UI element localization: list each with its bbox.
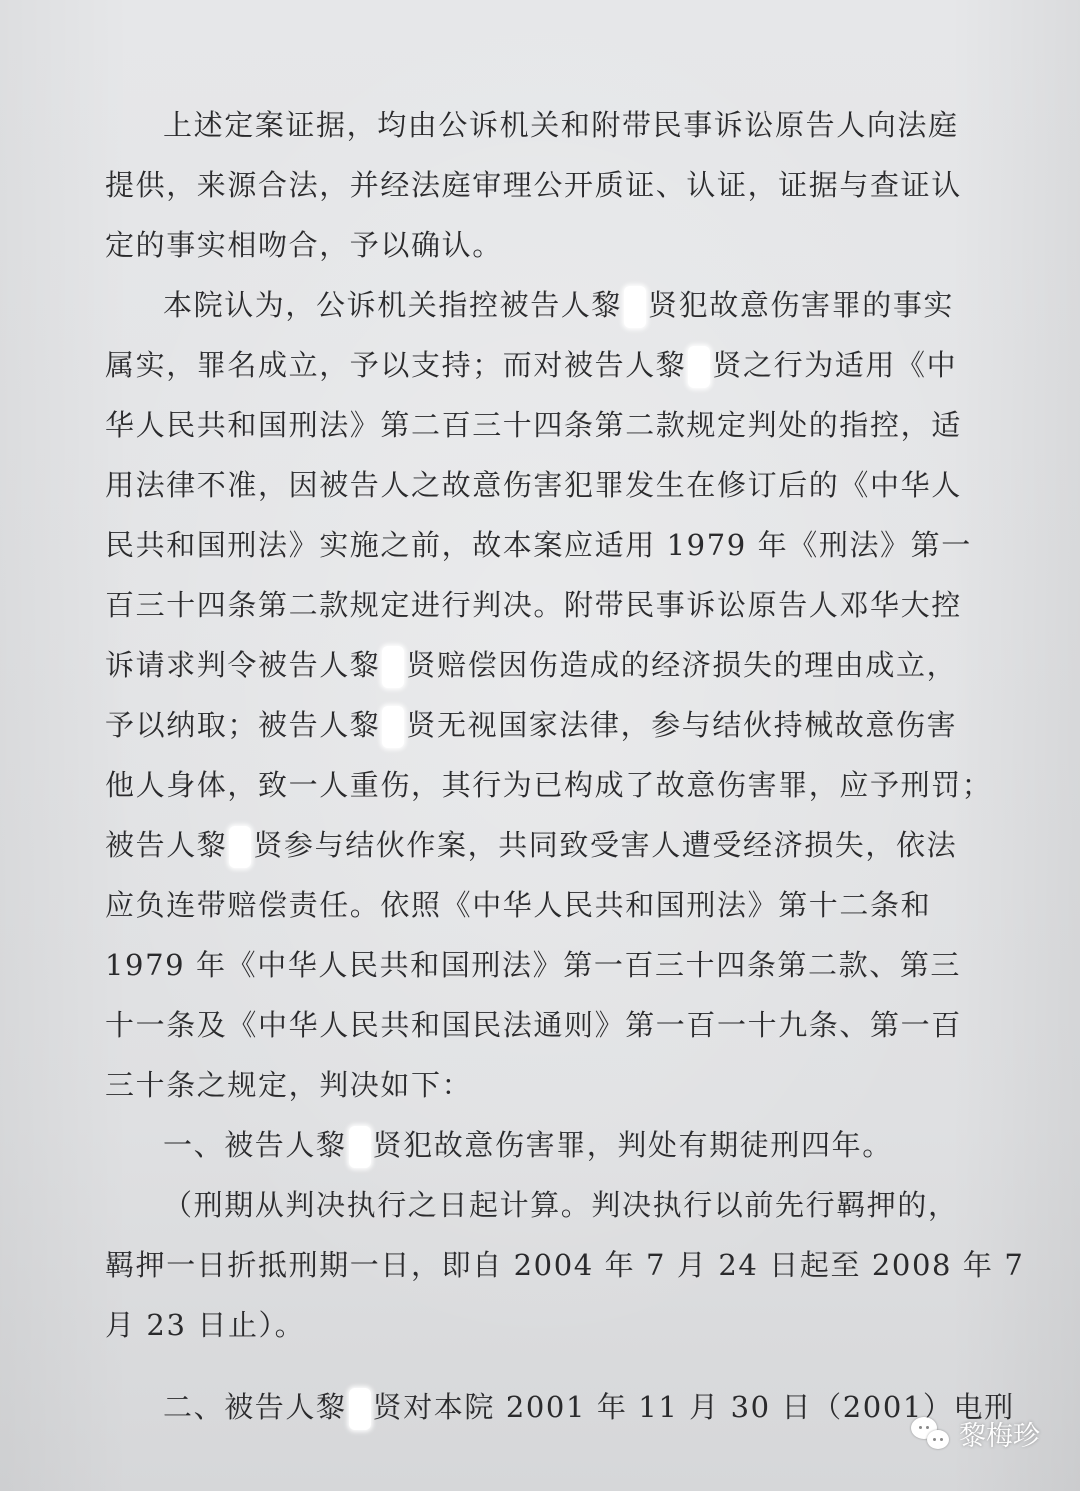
text-segment: 贤赔偿因伤造成的经济损失的理由成立，	[406, 648, 957, 682]
text-segment: 贤犯故意伤害罪的事实	[648, 288, 954, 322]
text-line: 月 23 日止）。	[105, 1295, 965, 1355]
text-segment: 贤犯故意伤害罪，判处有期徒刑四年。	[373, 1128, 893, 1162]
redaction-mark	[382, 706, 404, 748]
text-line: 十一条及《中华人民共和国民法通则》第一百一十九条、第一百	[105, 995, 965, 1055]
redaction-mark	[349, 1126, 371, 1168]
text-line: 诉请求判令被告人黎贤赔偿因伤造成的经济损失的理由成立，	[105, 635, 965, 695]
text-line: 被告人黎贤参与结伙作案，共同致受害人遭受经济损失，依法	[105, 815, 965, 875]
text-segment: 本院认为，公诉机关指控被告人黎	[163, 288, 622, 322]
watermark-label: 黎梅珍	[959, 1414, 1040, 1453]
text-line: 1979 年《中华人民共和国刑法》第一百三十四条第二款、第三	[105, 935, 965, 995]
text-line: 三十条之规定，判决如下：	[105, 1055, 965, 1115]
text-segment: 诉请求判令被告人黎	[105, 648, 380, 682]
text-line: （刑期从判决执行之日起计算。判决执行以前先行羁押的，	[105, 1175, 965, 1235]
text-line: 上述定案证据，均由公诉机关和附带民事诉讼原告人向法庭	[105, 95, 965, 155]
text-line: 本院认为，公诉机关指控被告人黎贤犯故意伤害罪的事实	[105, 275, 965, 335]
text-line: 二、被告人黎贤对本院 2001 年 11 月 30 日（2001）电刑	[105, 1377, 965, 1437]
text-segment: 予以纳取；被告人黎	[105, 708, 380, 742]
redaction-mark	[349, 1388, 371, 1430]
redaction-mark	[688, 346, 710, 388]
text-segment: 贤参与结伙作案，共同致受害人遭受经济损失，依法	[253, 828, 957, 862]
text-segment: 贤之行为适用《中	[712, 348, 957, 382]
text-segment: 贤无视国家法律，参与结伙持械故意伤害	[406, 708, 957, 742]
text-line: 定的事实相吻合，予以确认。	[105, 215, 965, 275]
wechat-watermark: 黎梅珍	[911, 1414, 1040, 1453]
redaction-mark	[624, 286, 646, 328]
text-line: 民共和国刑法》实施之前，故本案应适用 1979 年《刑法》第一	[105, 515, 965, 575]
text-line: 用法律不准，因被告人之故意伤害犯罪发生在修订后的《中华人	[105, 455, 965, 515]
text-line: 百三十四条第二款规定进行判决。附带民事诉讼原告人邓华大控	[105, 575, 965, 635]
wechat-icon	[911, 1417, 951, 1451]
text-line: 一、被告人黎贤犯故意伤害罪，判处有期徒刑四年。	[105, 1115, 965, 1175]
text-segment: 二、被告人黎	[163, 1390, 347, 1424]
text-segment: 被告人黎	[105, 828, 227, 862]
text-line: 提供，来源合法，并经法庭审理公开质证、认证，证据与查证认	[105, 155, 965, 215]
redaction-mark	[229, 826, 251, 868]
text-line: 羁押一日折抵刑期一日，即自 2004 年 7 月 24 日起至 2008 年 7	[105, 1235, 965, 1295]
text-line: 予以纳取；被告人黎贤无视国家法律，参与结伙持械故意伤害	[105, 695, 965, 755]
judgment-document-page: 上述定案证据，均由公诉机关和附带民事诉讼原告人向法庭 提供，来源合法，并经法庭审…	[105, 95, 965, 1437]
redaction-mark	[382, 646, 404, 688]
text-line: 他人身体，致一人重伤，其行为已构成了故意伤害罪，应予刑罚；	[105, 755, 965, 815]
text-segment: 属实，罪名成立，予以支持；而对被告人黎	[105, 348, 686, 382]
text-segment: 一、被告人黎	[163, 1128, 347, 1162]
text-line: 华人民共和国刑法》第二百三十四条第二款规定判处的指控，适	[105, 395, 965, 455]
text-line: 属实，罪名成立，予以支持；而对被告人黎贤之行为适用《中	[105, 335, 965, 395]
text-line: 应负连带赔偿责任。依照《中华人民共和国刑法》第十二条和	[105, 875, 965, 935]
